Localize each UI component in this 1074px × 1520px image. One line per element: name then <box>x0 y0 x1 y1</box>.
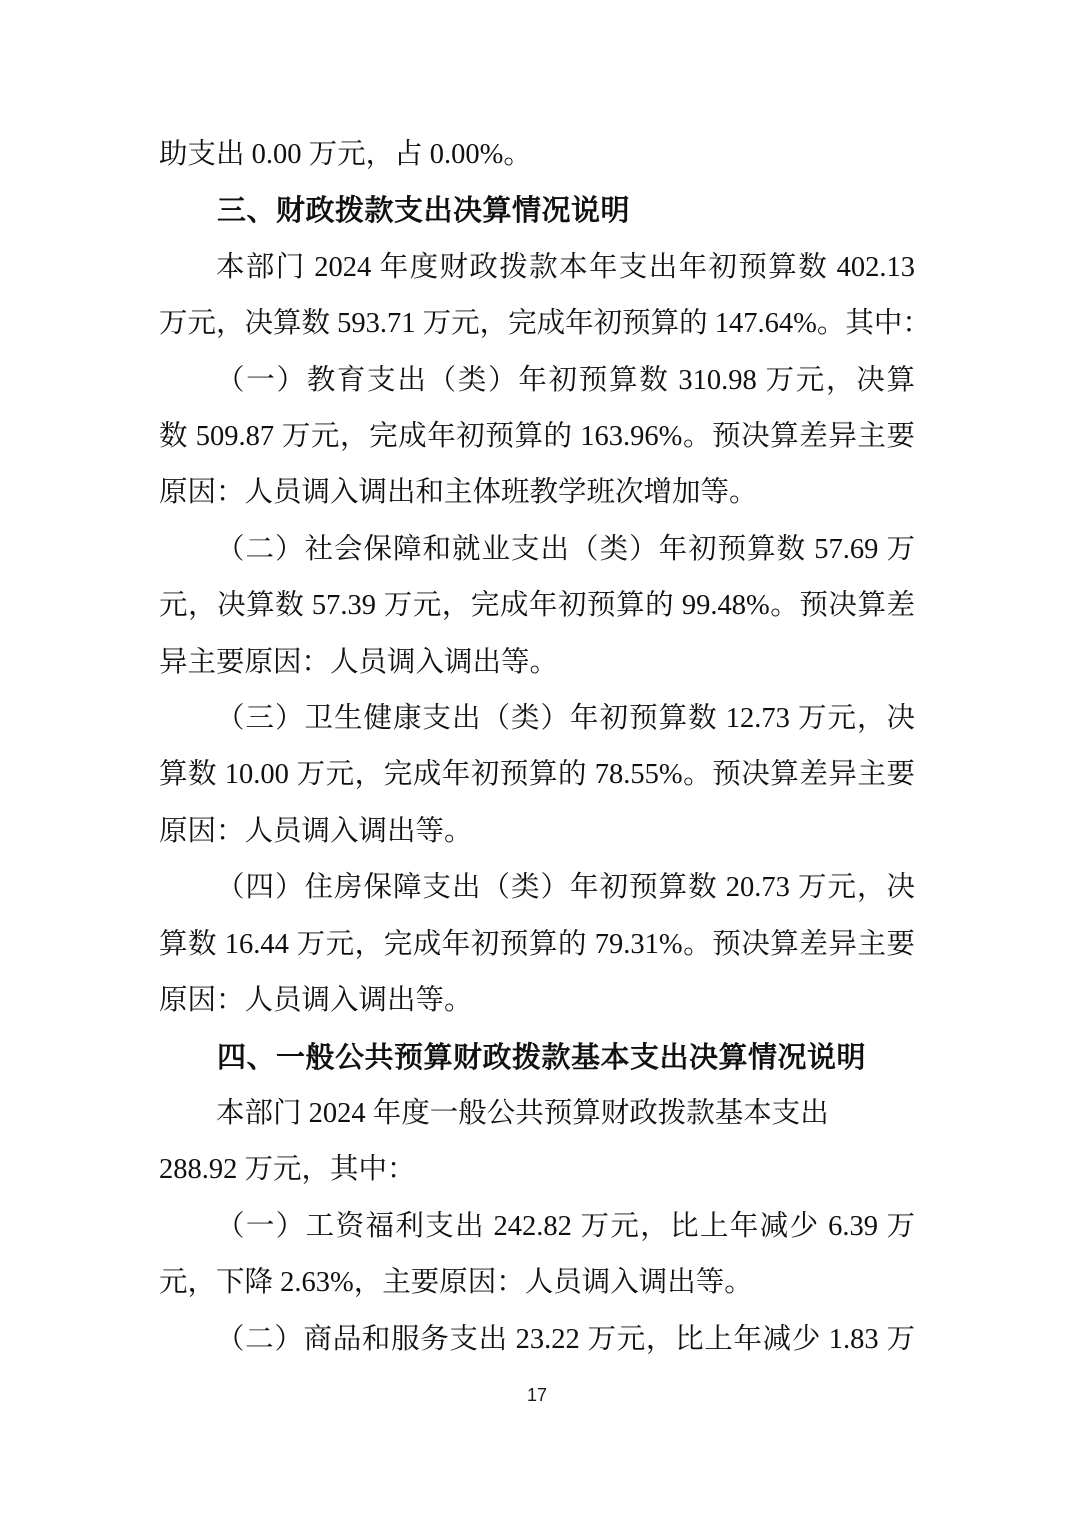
text-line: 元，决算数 57.39 万元，完成年初预算的 99.48%。预决算差 <box>159 578 915 634</box>
text-line: 元，下降 2.63%，主要原因：人员调入调出等。 <box>159 1255 915 1311</box>
text-line: 数 509.87 万元，完成年初预算的 163.96%。预决算差异主要 <box>159 409 915 465</box>
text-line: 算数 16.44 万元，完成年初预算的 79.31%。预决算差异主要 <box>159 917 915 973</box>
page-content: 助支出 0.00 万元，占 0.00%。三、财政拨款支出决算情况说明本部门 20… <box>159 127 915 1368</box>
paragraph: （二）社会保障和就业支出（类）年初预算数 57.69 万元，决算数 57.39 … <box>159 522 915 691</box>
text-line: 助支出 0.00 万元，占 0.00%。 <box>159 127 915 183</box>
page-number: 17 <box>527 1385 547 1405</box>
paragraph: （一）教育支出（类）年初预算数 310.98 万元，决算数 509.87 万元，… <box>159 353 915 522</box>
text-line: （一）教育支出（类）年初预算数 310.98 万元，决算 <box>159 353 915 409</box>
text-line: （四）住房保障支出（类）年初预算数 20.73 万元，决 <box>159 860 915 916</box>
text-line: 算数 10.00 万元，完成年初预算的 78.55%。预决算差异主要 <box>159 747 915 803</box>
section-heading: 三、财政拨款支出决算情况说明 <box>159 183 915 239</box>
paragraph: 助支出 0.00 万元，占 0.00%。 <box>159 127 915 183</box>
text-line: 本部门 2024 年度一般公共预算财政拨款基本支出 <box>159 1086 915 1142</box>
text-line: 万元，决算数 593.71 万元，完成年初预算的 147.64%。其中： <box>159 296 915 352</box>
text-line: （一）工资福利支出 242.82 万元，比上年减少 6.39 万 <box>159 1199 915 1255</box>
paragraph: （四）住房保障支出（类）年初预算数 20.73 万元，决算数 16.44 万元，… <box>159 860 915 1029</box>
text-line: 三、财政拨款支出决算情况说明 <box>159 183 915 239</box>
text-line: 原因：人员调入调出等。 <box>159 973 915 1029</box>
paragraph: （二）商品和服务支出 23.22 万元，比上年减少 1.83 万 <box>159 1312 915 1368</box>
text-line: 四、一般公共预算财政拨款基本支出决算情况说明 <box>159 1030 915 1086</box>
text-line: 原因：人员调入调出等。 <box>159 804 915 860</box>
paragraph: （一）工资福利支出 242.82 万元，比上年减少 6.39 万元，下降 2.6… <box>159 1199 915 1312</box>
paragraph: 本部门 2024 年度一般公共预算财政拨款基本支出288.92 万元，其中： <box>159 1086 915 1199</box>
page-footer: 17 <box>0 1384 1074 1406</box>
text-line: 本部门 2024 年度财政拨款本年支出年初预算数 402.13 <box>159 240 915 296</box>
text-line: 异主要原因：人员调入调出等。 <box>159 635 915 691</box>
paragraph: （三）卫生健康支出（类）年初预算数 12.73 万元，决算数 10.00 万元，… <box>159 691 915 860</box>
text-line: 288.92 万元，其中： <box>159 1142 915 1198</box>
paragraph: 本部门 2024 年度财政拨款本年支出年初预算数 402.13万元，决算数 59… <box>159 240 915 353</box>
text-line: （二）商品和服务支出 23.22 万元，比上年减少 1.83 万 <box>159 1312 915 1368</box>
text-line: （二）社会保障和就业支出（类）年初预算数 57.69 万 <box>159 522 915 578</box>
text-line: 原因：人员调入调出和主体班教学班次增加等。 <box>159 465 915 521</box>
section-heading: 四、一般公共预算财政拨款基本支出决算情况说明 <box>159 1030 915 1086</box>
text-line: （三）卫生健康支出（类）年初预算数 12.73 万元，决 <box>159 691 915 747</box>
